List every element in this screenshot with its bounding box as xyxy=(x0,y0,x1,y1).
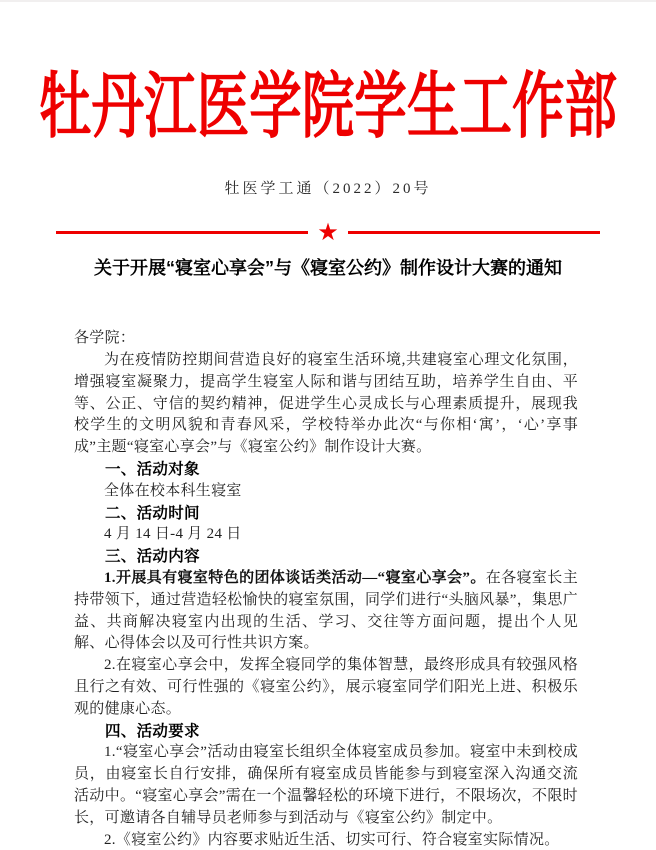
salutation: 各学院： xyxy=(74,328,578,350)
notice-title: 关于开展“寝室心享会”与《寝室公约》制作设计大赛的通知 xyxy=(0,256,656,280)
body-paragraph: 1.开展具有寝室特色的团体谈话类活动—“寝室心享会”。在各寝室长主持带领下，通过… xyxy=(74,568,578,655)
section-heading: 二、活动时间 xyxy=(74,503,578,525)
body-paragraph: 2.《寝室公约》内容要求贴近生活、切实可行、符合寝室实际情况。 xyxy=(74,830,578,850)
doc-number: 牡医学工通（2022）20号 xyxy=(0,179,656,199)
intro-paragraph: 为在疫情防控期间营造良好的寝室生活环境,共建寝室心理文化氛围，增强寝室凝聚力，提… xyxy=(74,350,578,459)
body-paragraph: 1.“寝室心享会”活动由寝室长组织全体寝室成员参加。寝室中未到校成员，由寝室长自… xyxy=(74,742,578,829)
red-divider: ★ xyxy=(56,219,600,245)
paragraph-bold-lead: 1.开展具有寝室特色的团体谈话类活动—“寝室心享会”。 xyxy=(104,570,486,586)
paragraph-text: 1.“寝室心享会”活动由寝室长组织全体寝室成员参加。寝室中未到校成员，由寝室长自… xyxy=(74,744,578,825)
section-value: 全体在校本科生寝室 xyxy=(74,481,578,503)
star-icon: ★ xyxy=(317,219,339,245)
divider-line-left xyxy=(56,231,308,234)
divider-line-right xyxy=(348,231,600,234)
paragraph-text: 2.《寝室公约》内容要求贴近生活、切实可行、符合寝室实际情况。 xyxy=(104,832,560,848)
letterhead-org-name: 牡丹江医学院学生工作部 xyxy=(39,68,617,147)
notice-body: 各学院： 为在疫情防控期间营造良好的寝室生活环境,共建寝室心理文化氛围，增强寝室… xyxy=(0,328,656,850)
body-paragraph: 2.在寝室心享会中，发挥全寝同学的集体智慧，最终形成具有较强风格且行之有效、可行… xyxy=(74,655,578,720)
section-heading: 四、活动要求 xyxy=(74,721,578,743)
letterhead: 牡丹江医学院学生工作部 xyxy=(0,2,656,147)
paragraph-text: 2.在寝室心享会中，发挥全寝同学的集体智慧，最终形成具有较强风格且行之有效、可行… xyxy=(74,657,578,717)
section-value: 4 月 14 日-4 月 24 日 xyxy=(74,524,578,546)
section-heading: 一、活动对象 xyxy=(74,459,578,481)
document-page: 牡丹江医学院学生工作部 牡医学工通（2022）20号 ★ 关于开展“寝室心享会”… xyxy=(0,0,656,850)
section-heading: 三、活动内容 xyxy=(74,546,578,568)
notice-blocks: 一、活动对象全体在校本科生寝室二、活动时间4 月 14 日-4 月 24 日三、… xyxy=(74,459,578,850)
